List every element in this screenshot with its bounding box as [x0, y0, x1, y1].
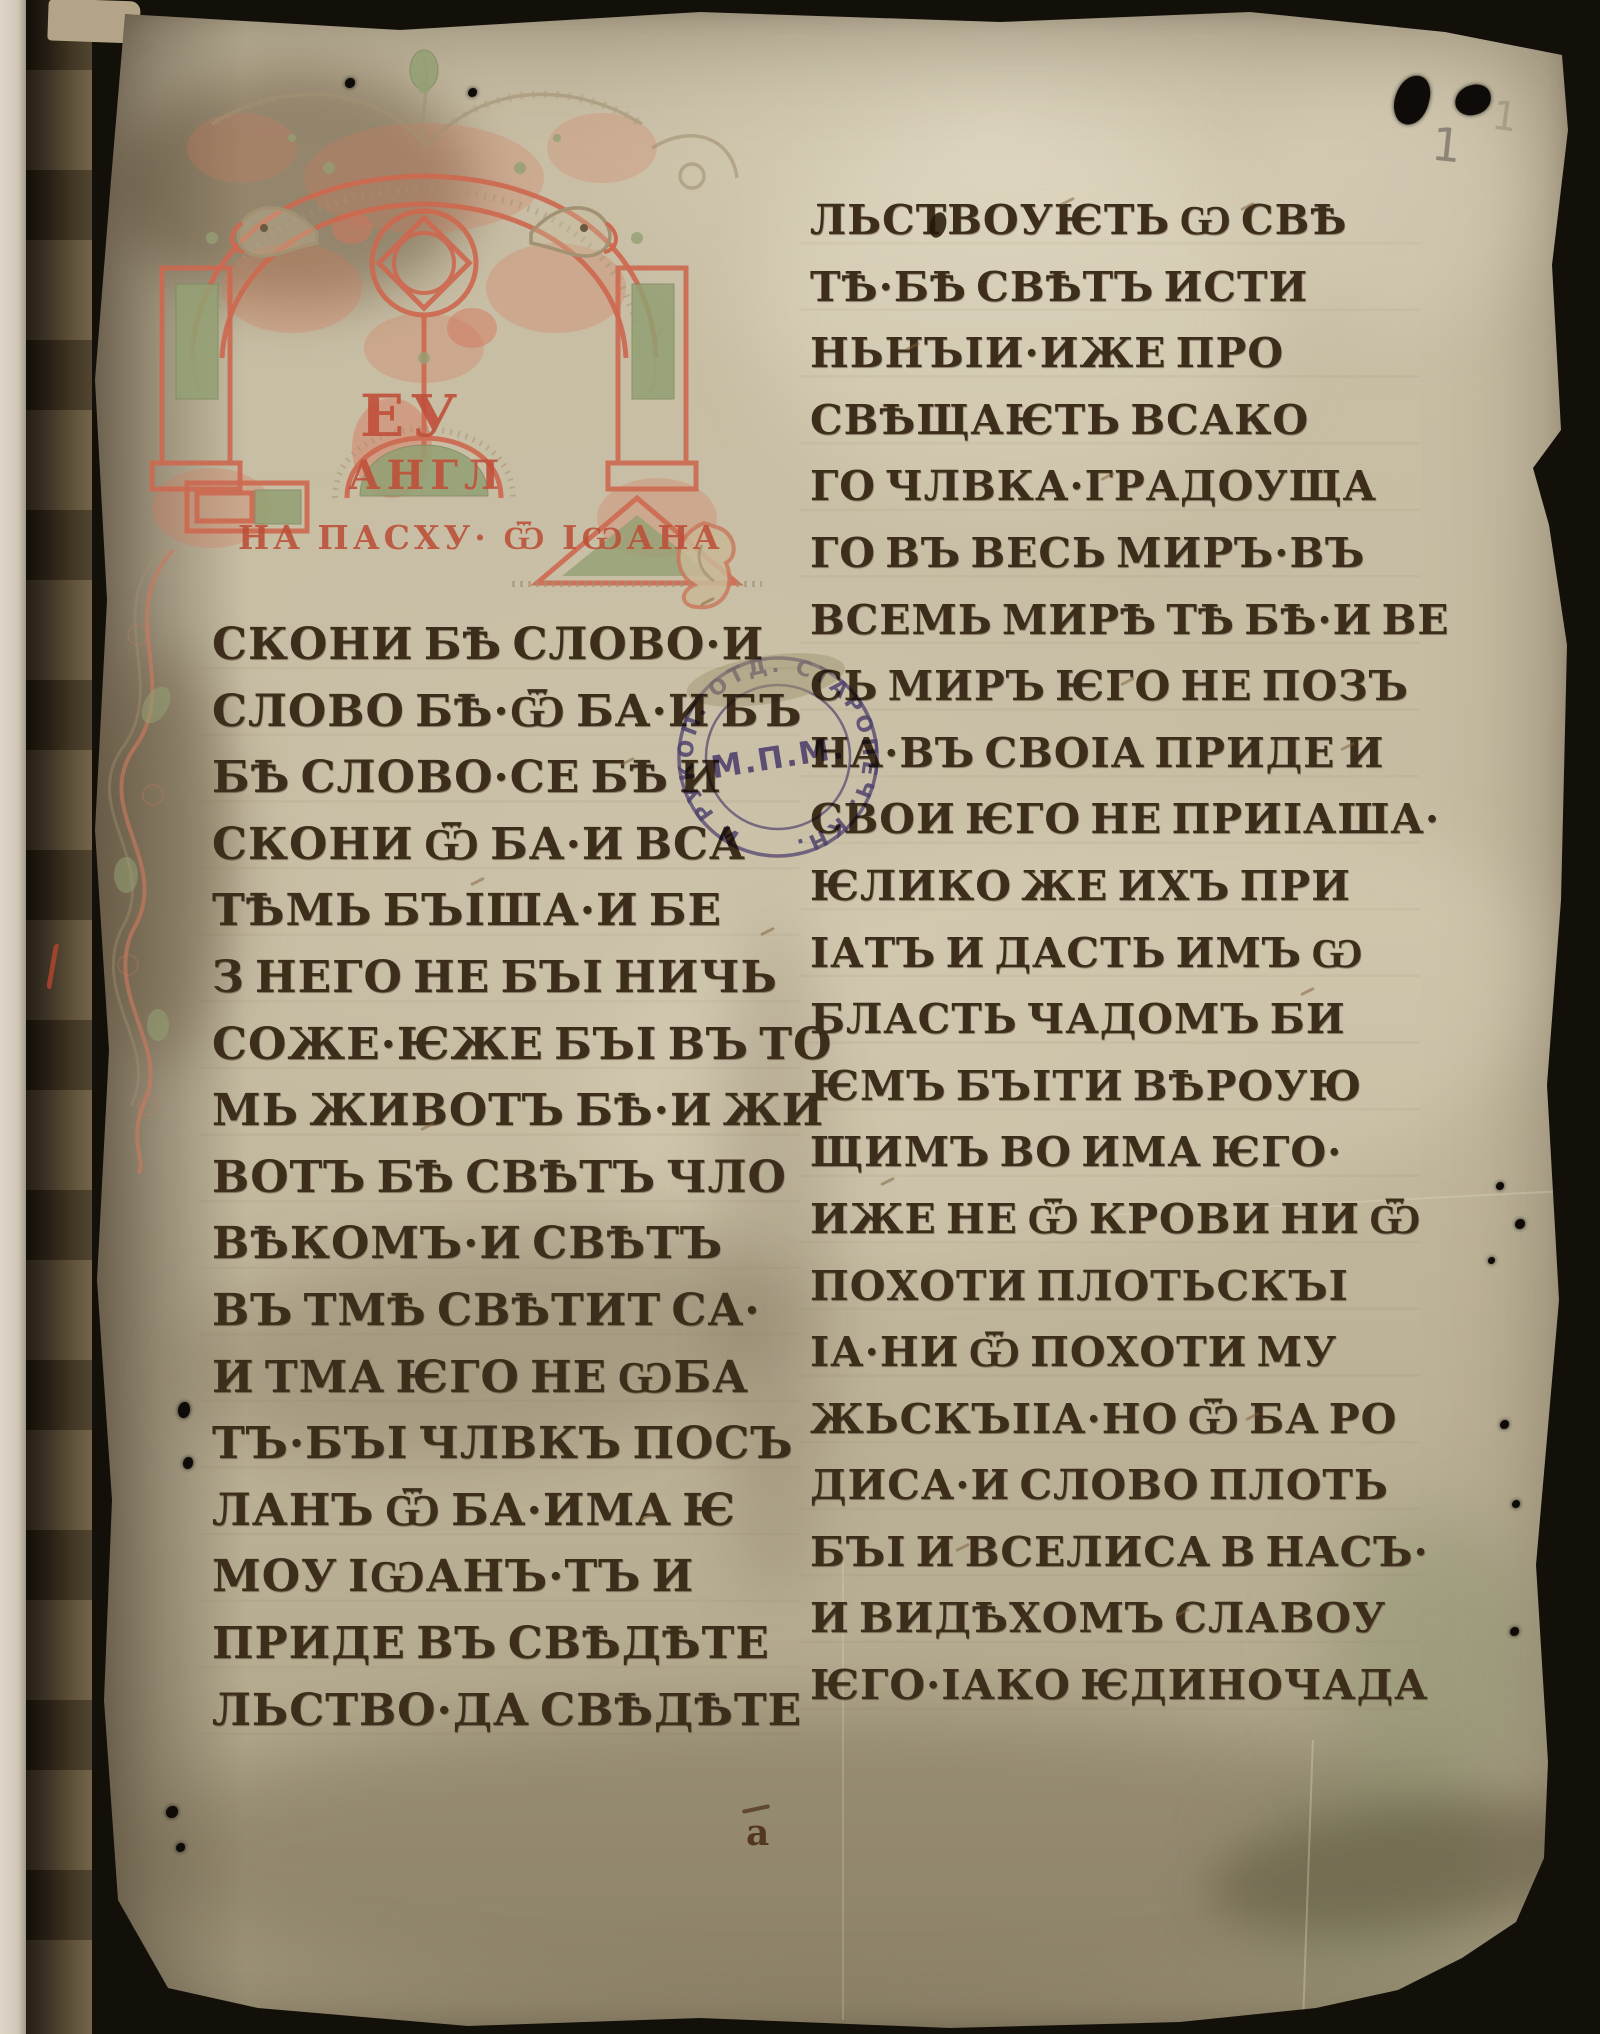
text-line: ИЖЕ НЕ Ѿ КРОВИ НИ Ѿ [810, 1186, 1430, 1253]
wormhole [1510, 1627, 1519, 1636]
text-line: ЛАНЪ Ѿ БА·ИМА Ѥ [212, 1478, 812, 1545]
folio-number: 1 [1429, 117, 1464, 174]
text-line: ѤЛИКО ЖЕ ИХЪ ПРИ [810, 853, 1430, 920]
text-line: НЬНЪІИ·ИЖЕ ПРО [810, 320, 1430, 387]
binding-spine [26, 0, 92, 2034]
text-line: З НЕГО НЕ БЪІ НИЧЬ [212, 945, 812, 1012]
text-column-right: ЛЬСТВОУѤТЬ Ѡ СВѢТѢ·БѢ СВѢТЪ ИСТИНЬНЪІИ·И… [810, 187, 1430, 1719]
text-line: ѤГО·ІАКО ѤДИНОЧАДА [810, 1652, 1430, 1719]
text-line: И ВИДѢХОМЪ СЛАВОУ [810, 1585, 1430, 1652]
wormhole [178, 1402, 190, 1418]
text-line: ЖЬСКЪІІА·НО Ѿ БА РО [810, 1386, 1430, 1453]
wormhole [183, 1457, 193, 1469]
text-line: НА·ВЪ СВОІА ПРИДЕ И [810, 720, 1430, 787]
shadow-bottom-right [1199, 1781, 1600, 1951]
text-line: ІА·НИ Ѿ ПОХОТИ МУ [810, 1319, 1430, 1386]
text-line: ЛЬСТВО·ДА СВѢДѢТЕ [212, 1678, 812, 1745]
library-stamp: И РУКОП. ОТД. СТАРОПЕЧ. КН. М.П.М. [652, 631, 904, 883]
stain-bottom-band [115, 1706, 1535, 2006]
stain-green-lower [1235, 1776, 1495, 1996]
stamp-center-text: М.П.М. [709, 730, 848, 787]
wormhole [1390, 72, 1434, 128]
wormhole [1512, 1500, 1520, 1508]
text-line: БЪІ И ВСЕЛИСА В НАСЪ· [810, 1519, 1430, 1586]
text-line: МЬ ЖИВОТЪ БѢ·И ЖИ [212, 1078, 812, 1145]
text-line: ВѢКОМЪ·И СВѢТЪ [212, 1211, 812, 1278]
wormhole [1500, 1420, 1509, 1429]
text-line: БЛАСТЬ ЧАДОМЪ БИ [810, 986, 1430, 1053]
quire-mark: а [746, 1812, 769, 1854]
text-line: МОУ ІѠАНЪ·ТЪ И [212, 1544, 812, 1611]
text-line: ѤМЪ БЪІТИ ВѢРОУЮ [810, 1053, 1430, 1120]
headpiece-ornament [92, 28, 762, 593]
text-line: ПРИДЕ ВЪ СВѢДѢТЕ [212, 1611, 812, 1678]
manuscript-photo: { "page": { "folio_number": "1", "folio_… [0, 0, 1600, 2034]
text-line: ВЪ ТМѢ СВѢТИТ СА· [212, 1278, 812, 1345]
text-line: ГО ВЪ ВЕСЬ МИРЪ·ВЪ [810, 520, 1430, 587]
wormhole [1453, 83, 1493, 118]
text-line: СВѢЩАѤТЬ ВСАКО [810, 387, 1430, 454]
wormhole [1496, 1182, 1504, 1190]
parchment-page: ЕУ АНГЛ НА ПАСХУ· Ѿ ІѠАНА СКОНИ БѢ СЛОВО… [55, 6, 1575, 2032]
text-line: СОЖЕ·ѤЖЕ БЪІ ВЪ ТО [212, 1012, 812, 1079]
folio-number-ghost: 1 [1489, 92, 1521, 141]
text-line: И ТМА ѤГО НЕ ѠБА [212, 1345, 812, 1412]
text-line: ВСЕМЬ МИРѢ ТѢ БѢ·И ВЕ [810, 587, 1430, 654]
text-line: ПОХОТИ ПЛОТЬСКЪІ [810, 1253, 1430, 1320]
text-line: ЛЬСТВОУѤТЬ Ѡ СВѢ [810, 187, 1430, 254]
wormhole [176, 1843, 185, 1852]
headpiece-monogram-top: ЕУ [360, 382, 463, 450]
text-line: ТѢМЬ БЪІША·И БЕ [212, 878, 812, 945]
text-line: ВОТЪ БѢ СВѢТЪ ЧЛО [212, 1145, 812, 1212]
wormhole [1488, 1257, 1495, 1264]
wormhole [166, 1806, 178, 1818]
text-line: ІАТЪ И ДАСТЬ ИМЪ Ѡ [810, 920, 1430, 987]
rubric-incipit: НА ПАСХУ· Ѿ ІѠАНА [238, 518, 724, 558]
text-line: ДИСА·И СЛОВО ПЛОТЬ [810, 1452, 1430, 1519]
text-line: ТѢ·БѢ СВѢТЪ ИСТИ [810, 254, 1430, 321]
crease-vertical-right [1302, 1740, 1314, 2020]
wormhole [1515, 1219, 1525, 1229]
text-line: ТЪ·БЪІ ЧЛВКЪ ПОСЪ [212, 1411, 812, 1478]
text-line: СЬ МИРЪ ѤГО НЕ ПОЗЪ [810, 653, 1430, 720]
headpiece-monogram-bottom: АНГЛ [348, 452, 505, 499]
text-line: ЩИМЪ ВО ИМА ѤГО· [810, 1119, 1430, 1186]
text-line: ГО ЧЛВКА·ГРАДОУЩА [810, 453, 1430, 520]
